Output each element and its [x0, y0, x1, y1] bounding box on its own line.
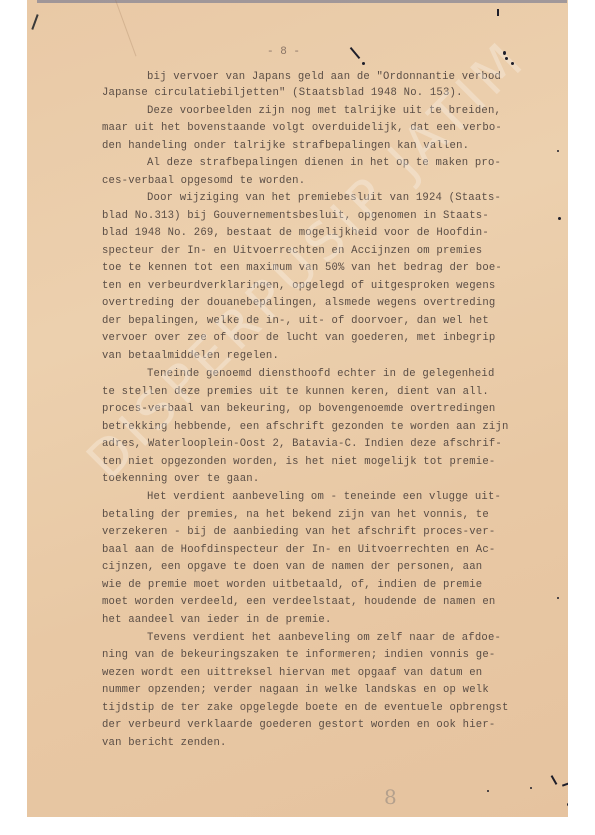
ink-mark [350, 47, 361, 59]
ink-speck [567, 803, 568, 806]
handwritten-page-number: 8 [384, 785, 397, 809]
text-line: vervoer over zee of door de lucht van go… [102, 332, 495, 344]
text-line: tijdstip de ter zake opgelegde boete en … [102, 702, 509, 714]
text-line: het aandeel van ieder in de premie. [102, 614, 332, 626]
ink-speck [505, 57, 508, 60]
paper-crease [115, 0, 136, 56]
text-line: der bepalingen, welke de in-, uit- of do… [102, 315, 489, 327]
ink-speck [557, 597, 559, 599]
ink-speck [511, 62, 514, 65]
text-line: wie de premie moet worden uitbetaald, of… [102, 579, 482, 591]
ink-speck [487, 790, 489, 792]
text-line: ning van de bekeuringszaken te informere… [102, 649, 495, 661]
text-line: ces-verbaal opgesomd te worden. [102, 175, 305, 187]
text-line: moet worden verdeeld, een verdeelstaat, … [102, 596, 495, 608]
ink-mark [562, 781, 568, 786]
ink-speck [530, 787, 532, 789]
ink-speck [362, 62, 365, 65]
ink-mark [551, 775, 558, 785]
ink-speck [503, 51, 506, 55]
text-line: baal aan de Hoofdinspecteur der In- en U… [102, 544, 495, 556]
text-line: Tevens verdient het aanbeveling om zelf … [147, 632, 501, 644]
ink-speck [558, 217, 561, 220]
text-line: ten niet opgezonden worden, is het niet … [102, 456, 495, 468]
document-page: - 8 - bij vervoer van Japans geld aan de… [27, 0, 568, 817]
ink-mark [497, 9, 499, 16]
text-line: verzekeren - bij de aanbieding van het a… [102, 526, 495, 538]
text-line: betaling der premies, na het bekend zijn… [102, 509, 489, 521]
text-line: Het verdient aanbeveling om - teneinde e… [147, 491, 501, 503]
ink-speck [557, 150, 559, 152]
text-line: wezen wordt een uittreksel hiervan met o… [102, 667, 482, 679]
text-line: nummer opzenden; verder nagaan in welke … [102, 684, 489, 696]
page-number: - 8 - [267, 46, 300, 58]
text-line: blad No.313) bij Gouvernementsbesluit, o… [102, 210, 489, 222]
text-line: der verbeurd verklaarde goederen gestort… [102, 719, 495, 731]
edge-mark [31, 14, 38, 30]
text-line: cijnzen, een opgave te doen van de namen… [102, 561, 482, 573]
text-line: van bericht zenden. [102, 737, 227, 749]
text-line: Japanse circulatiebiljetten" (Staatsblad… [102, 87, 463, 99]
